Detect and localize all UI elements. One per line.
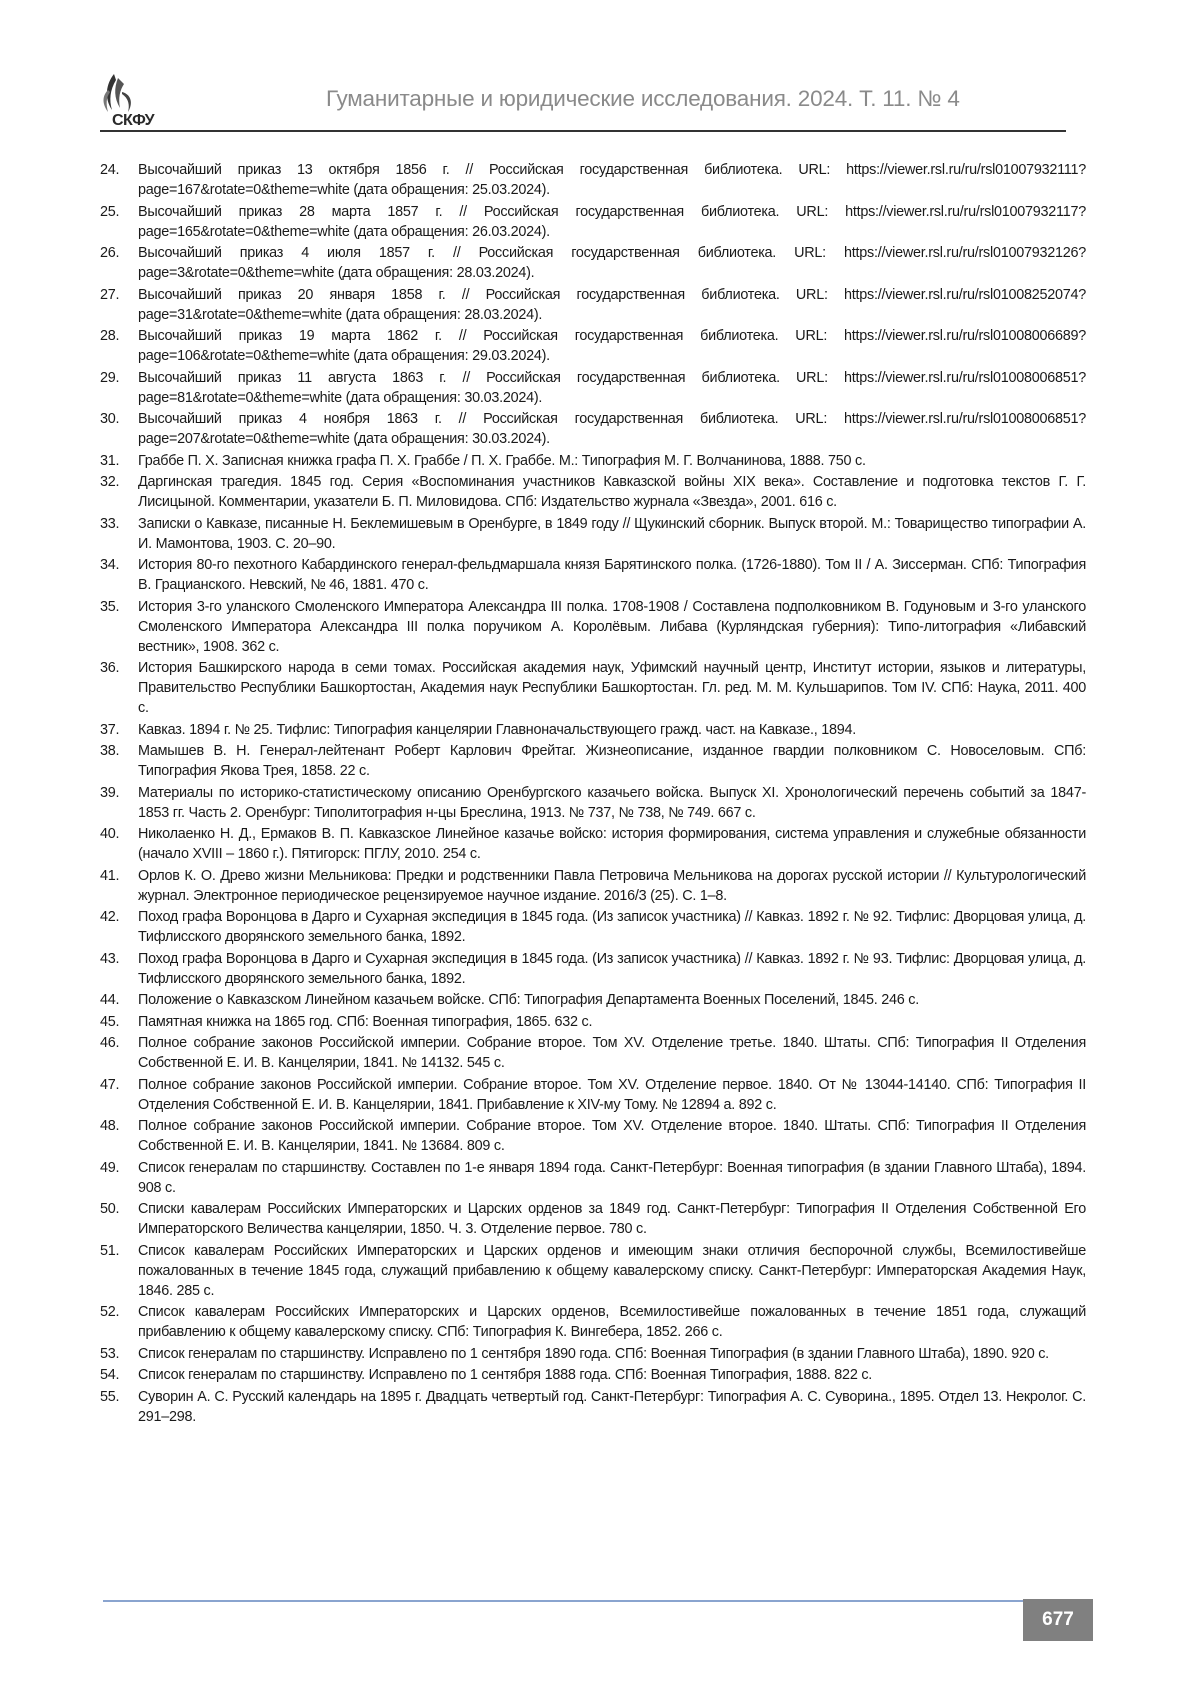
reference-item: 55.Суворин А. С. Русский календарь на 18… bbox=[100, 1387, 1086, 1427]
reference-item: 46.Полное собрание законов Российской им… bbox=[100, 1033, 1086, 1073]
reference-number: 29. bbox=[100, 368, 119, 388]
reference-item: 43.Поход графа Воронцова в Дарго и Сухар… bbox=[100, 949, 1086, 989]
reference-list: 24.Высочайший приказ 13 октября 1856 г. … bbox=[100, 160, 1086, 1428]
reference-number: 54. bbox=[100, 1365, 119, 1385]
reference-item: 40.Николаенко Н. Д., Ермаков В. П. Кавка… bbox=[100, 824, 1086, 864]
reference-item: 54.Список генералам по старшинству. Испр… bbox=[100, 1365, 1086, 1385]
reference-number: 27. bbox=[100, 285, 119, 305]
reference-number: 45. bbox=[100, 1012, 119, 1032]
reference-item: 51.Список кавалерам Российских Император… bbox=[100, 1241, 1086, 1301]
reference-text: Поход графа Воронцова в Дарго и Сухарная… bbox=[138, 909, 1086, 945]
reference-number: 53. bbox=[100, 1344, 119, 1364]
reference-item: 48.Полное собрание законов Российской им… bbox=[100, 1116, 1086, 1156]
reference-number: 47. bbox=[100, 1075, 119, 1095]
reference-number: 44. bbox=[100, 990, 119, 1010]
reference-text: Список кавалерам Российских Императорски… bbox=[138, 1243, 1086, 1299]
reference-number: 51. bbox=[100, 1241, 119, 1261]
reference-number: 24. bbox=[100, 160, 119, 180]
reference-number: 34. bbox=[100, 555, 119, 575]
reference-number: 37. bbox=[100, 720, 119, 740]
reference-number: 28. bbox=[100, 326, 119, 346]
reference-item: 47.Полное собрание законов Российской им… bbox=[100, 1075, 1086, 1115]
reference-number: 52. bbox=[100, 1302, 119, 1322]
reference-text: Высочайший приказ 13 октября 1856 г. // … bbox=[138, 162, 1086, 198]
reference-text: Кавказ. 1894 г. № 25. Тифлис: Типография… bbox=[138, 722, 856, 738]
reference-text: Высочайший приказ 4 ноября 1863 г. // Ро… bbox=[138, 411, 1086, 447]
reference-number: 38. bbox=[100, 741, 119, 761]
reference-number: 32. bbox=[100, 472, 119, 492]
logo-text: СКФУ bbox=[112, 112, 154, 130]
page-number: 677 bbox=[1023, 1599, 1093, 1641]
reference-number: 49. bbox=[100, 1158, 119, 1178]
reference-text: История Башкирского народа в семи томах.… bbox=[138, 660, 1086, 716]
reference-text: Высочайший приказ 19 марта 1862 г. // Ро… bbox=[138, 328, 1086, 364]
reference-item: 29.Высочайший приказ 11 августа 1863 г. … bbox=[100, 368, 1086, 408]
reference-text: История 3-го уланского Смоленского Импер… bbox=[138, 599, 1086, 655]
reference-text: Высочайший приказ 28 марта 1857 г. // Ро… bbox=[138, 204, 1086, 240]
reference-number: 55. bbox=[100, 1387, 119, 1407]
reference-item: 33.Записки о Кавказе, писанные Н. Беклем… bbox=[100, 514, 1086, 554]
reference-item: 39.Материалы по историко-статистическому… bbox=[100, 783, 1086, 823]
reference-item: 35.История 3-го уланского Смоленского Им… bbox=[100, 597, 1086, 657]
reference-text: Полное собрание законов Российской импер… bbox=[138, 1035, 1086, 1071]
reference-text: История 80-го пехотного Кабардинского ге… bbox=[138, 557, 1086, 593]
reference-item: 52.Список кавалерам Российских Император… bbox=[100, 1302, 1086, 1342]
page-header: СКФУ Гуманитарные и юридические исследов… bbox=[100, 68, 1066, 132]
reference-text: Список кавалерам Российских Императорски… bbox=[138, 1304, 1086, 1340]
reference-text: Даргинская трагедия. 1845 год. Серия «Во… bbox=[138, 474, 1086, 510]
reference-item: 37.Кавказ. 1894 г. № 25. Тифлис: Типогра… bbox=[100, 720, 1086, 740]
reference-item: 44.Положение о Кавказском Линейном казач… bbox=[100, 990, 1086, 1010]
reference-number: 25. bbox=[100, 202, 119, 222]
reference-text: Памятная книжка на 1865 год. СПб: Военна… bbox=[138, 1014, 592, 1030]
reference-number: 31. bbox=[100, 451, 119, 471]
footer-divider bbox=[103, 1600, 1023, 1602]
reference-text: Высочайший приказ 11 августа 1863 г. // … bbox=[138, 370, 1086, 406]
reference-item: 30.Высочайший приказ 4 ноября 1863 г. //… bbox=[100, 409, 1086, 449]
reference-number: 30. bbox=[100, 409, 119, 429]
reference-text: Николаенко Н. Д., Ермаков В. П. Кавказск… bbox=[138, 826, 1086, 862]
reference-number: 43. bbox=[100, 949, 119, 969]
reference-text: Мамышев В. Н. Генерал-лейтенант Роберт К… bbox=[138, 743, 1086, 779]
reference-number: 46. bbox=[100, 1033, 119, 1053]
reference-item: 41.Орлов К. О. Древо жизни Мельникова: П… bbox=[100, 866, 1086, 906]
reference-item: 42.Поход графа Воронцова в Дарго и Сухар… bbox=[100, 907, 1086, 947]
journal-title: Гуманитарные и юридические исследования.… bbox=[326, 86, 960, 112]
reference-item: 49.Список генералам по старшинству. Сост… bbox=[100, 1158, 1086, 1198]
reference-item: 24.Высочайший приказ 13 октября 1856 г. … bbox=[100, 160, 1086, 200]
reference-text: Орлов К. О. Древо жизни Мельникова: Пред… bbox=[138, 868, 1086, 904]
reference-item: 25.Высочайший приказ 28 марта 1857 г. //… bbox=[100, 202, 1086, 242]
reference-text: Полное собрание законов Российской импер… bbox=[138, 1118, 1086, 1154]
reference-item: 26.Высочайший приказ 4 июля 1857 г. // Р… bbox=[100, 243, 1086, 283]
reference-text: Высочайший приказ 4 июля 1857 г. // Росс… bbox=[138, 245, 1086, 281]
reference-text: Материалы по историко-статистическому оп… bbox=[138, 785, 1086, 821]
reference-text: Полное собрание законов Российской импер… bbox=[138, 1077, 1086, 1113]
reference-text: Список генералам по старшинству. Составл… bbox=[138, 1160, 1086, 1196]
reference-number: 50. bbox=[100, 1199, 119, 1219]
reference-item: 27.Высочайший приказ 20 января 1858 г. /… bbox=[100, 285, 1086, 325]
reference-text: Суворин А. С. Русский календарь на 1895 … bbox=[138, 1389, 1086, 1425]
university-logo: СКФУ bbox=[100, 72, 184, 130]
reference-text: Поход графа Воронцова в Дарго и Сухарная… bbox=[138, 951, 1086, 987]
reference-number: 36. bbox=[100, 658, 119, 678]
reference-item: 28.Высочайший приказ 19 марта 1862 г. //… bbox=[100, 326, 1086, 366]
reference-item: 36.История Башкирского народа в семи том… bbox=[100, 658, 1086, 718]
reference-text: Списки кавалерам Российских Императорски… bbox=[138, 1201, 1086, 1237]
reference-number: 26. bbox=[100, 243, 119, 263]
reference-number: 40. bbox=[100, 824, 119, 844]
reference-text: Список генералам по старшинству. Исправл… bbox=[138, 1367, 872, 1383]
header-divider bbox=[100, 130, 1066, 132]
reference-number: 42. bbox=[100, 907, 119, 927]
reference-text: Высочайший приказ 20 января 1858 г. // Р… bbox=[138, 287, 1086, 323]
reference-item: 38.Мамышев В. Н. Генерал-лейтенант Робер… bbox=[100, 741, 1086, 781]
reference-text: Граббе П. Х. Записная книжка графа П. Х.… bbox=[138, 453, 866, 469]
reference-text: Положение о Кавказском Линейном казачьем… bbox=[138, 992, 919, 1008]
reference-item: 53.Список генералам по старшинству. Испр… bbox=[100, 1344, 1086, 1364]
reference-item: 34.История 80-го пехотного Кабардинского… bbox=[100, 555, 1086, 595]
reference-number: 48. bbox=[100, 1116, 119, 1136]
reference-item: 45.Памятная книжка на 1865 год. СПб: Вое… bbox=[100, 1012, 1086, 1032]
reference-number: 39. bbox=[100, 783, 119, 803]
reference-text: Список генералам по старшинству. Исправл… bbox=[138, 1346, 1049, 1362]
reference-item: 32.Даргинская трагедия. 1845 год. Серия … bbox=[100, 472, 1086, 512]
reference-item: 50.Списки кавалерам Российских Император… bbox=[100, 1199, 1086, 1239]
reference-number: 35. bbox=[100, 597, 119, 617]
reference-text: Записки о Кавказе, писанные Н. Беклемише… bbox=[138, 516, 1086, 552]
reference-number: 33. bbox=[100, 514, 119, 534]
reference-number: 41. bbox=[100, 866, 119, 886]
reference-item: 31.Граббе П. Х. Записная книжка графа П.… bbox=[100, 451, 1086, 471]
